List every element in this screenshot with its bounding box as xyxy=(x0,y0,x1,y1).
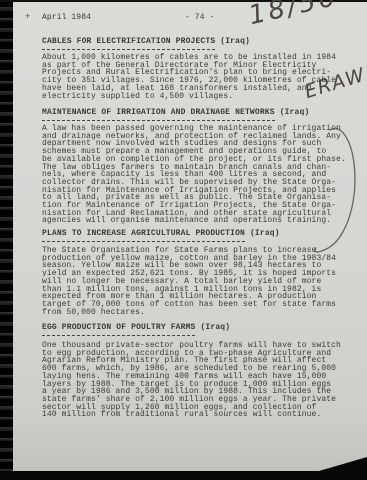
section-title-irrigation: MAINTENANCE OF IRRIGATION AND DRAINAGE N… xyxy=(42,108,309,121)
section-title-cables: CABLES FOR ELECTRIFICATION PROJECTS(Iraq… xyxy=(42,37,250,50)
section-body-agriculture: The State Organisation for State Farms p… xyxy=(42,247,352,316)
section-region: (Iraq) xyxy=(195,323,230,332)
section-title-text: EGG PRODUCTION OF POULTRY FARMS xyxy=(42,323,195,336)
section-title-text: CABLES FOR ELECTRIFICATION PROJECTS xyxy=(42,37,215,50)
page-number: - 74 - xyxy=(185,13,214,22)
margin-mark: + xyxy=(25,12,31,22)
section-body-irrigation: A law has been passed governing the main… xyxy=(42,125,352,225)
section-region: (Iraq) xyxy=(245,229,280,238)
section-title-agriculture: PLANS TO INCREASE AGRICULTURAL PRODUCTIO… xyxy=(42,229,280,242)
handwritten-reference-text: 18/56 xyxy=(246,0,340,31)
section-body-cables: About 1,000 kilometres of cables are to … xyxy=(42,54,352,100)
scanned-bulletin-page: { "colors": { "page_background": "#d5d5d… xyxy=(0,0,367,480)
section-title-text: PLANS TO INCREASE AGRICULTURAL PRODUCTIO… xyxy=(42,229,245,242)
section-region: (Iraq) xyxy=(275,108,310,117)
section-body-eggs: One thousand private-sector poultry farm… xyxy=(42,342,352,419)
handwritten-reference: 18/56 xyxy=(246,0,340,31)
issue-date: April 1984 xyxy=(42,13,91,22)
section-region: (Iraq) xyxy=(215,37,250,46)
section-title-eggs: EGG PRODUCTION OF POULTRY FARMS(Iraq) xyxy=(42,323,230,336)
page-content: + April 1984 - 74 - 18/56 ERAW CABLES FO… xyxy=(0,0,367,480)
section-title-text: MAINTENANCE OF IRRIGATION AND DRAINAGE N… xyxy=(42,108,275,121)
